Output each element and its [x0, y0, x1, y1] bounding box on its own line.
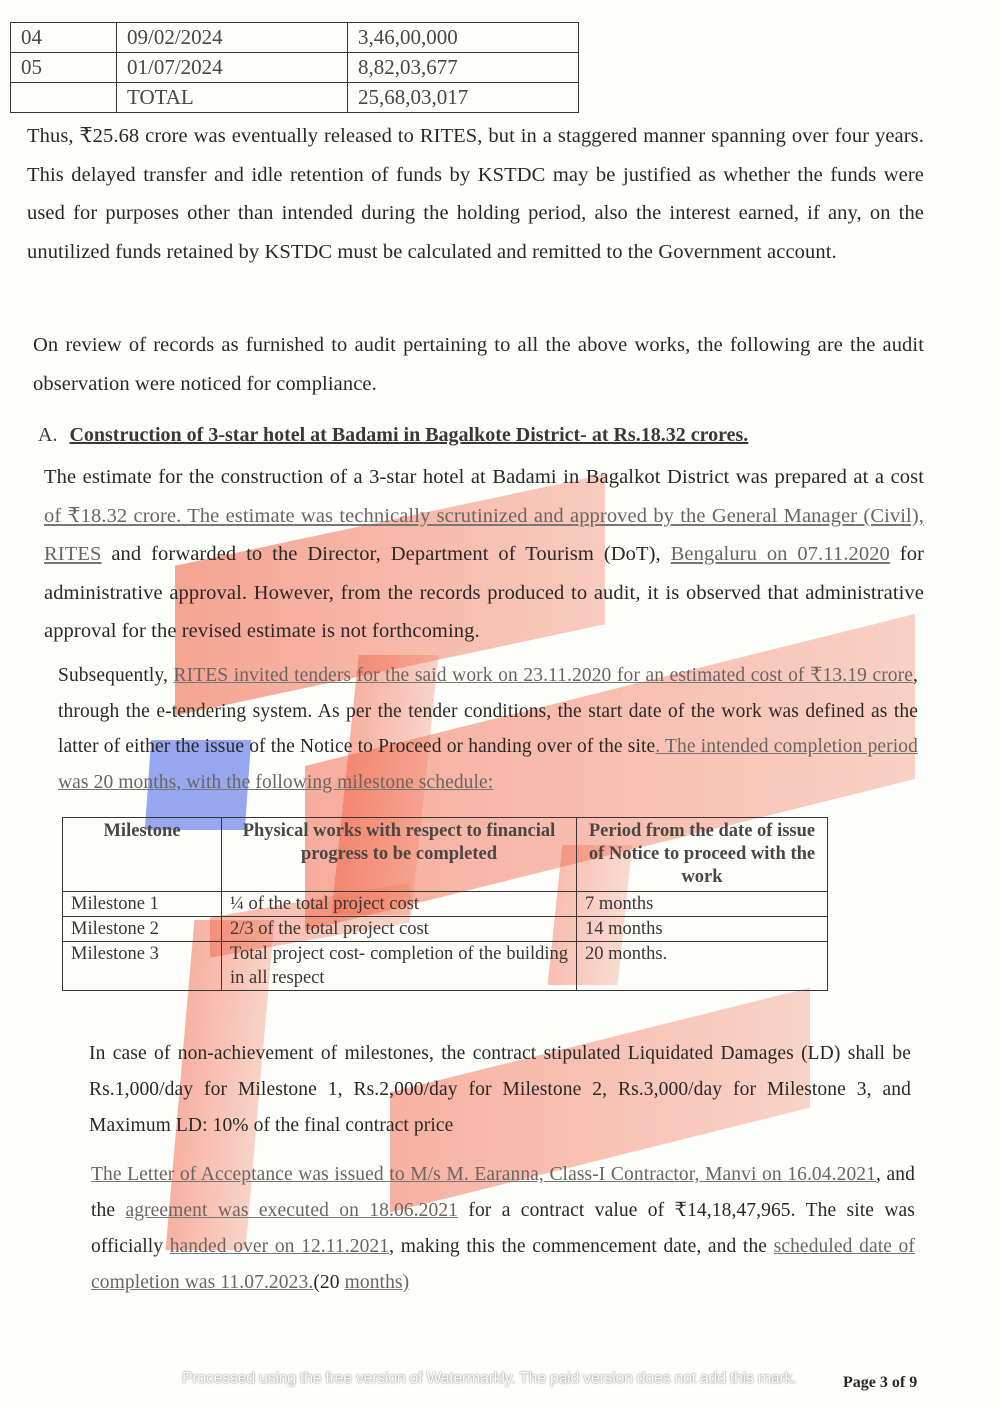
column-header: Physical works with respect to financial…: [222, 818, 577, 892]
paragraph-estimate: The estimate for the construction of a 3…: [44, 458, 924, 651]
watermark-notice: Processed using the free version of Wate…: [182, 1370, 796, 1388]
fund-release-table: 04 09/02/2024 3,46,00,000 05 01/07/2024 …: [10, 22, 579, 113]
installment-number: 05: [11, 53, 117, 83]
table-total-row: TOTAL 25,68,03,017: [11, 83, 579, 113]
installment-number: 04: [11, 23, 117, 53]
section-title: Construction of 3-star hotel at Badami i…: [69, 424, 748, 446]
text-run: The estimate for the construction of a 3…: [44, 466, 924, 488]
table-header-row: Milestone Physical works with respect to…: [63, 818, 828, 892]
milestone-table: Milestone Physical works with respect to…: [62, 817, 828, 991]
milestone-work: ¼ of the total project cost: [222, 892, 577, 917]
milestone-work: Total project cost- completion of the bu…: [222, 942, 577, 991]
paragraph-letter-of-acceptance: The Letter of Acceptance was issued to M…: [91, 1157, 915, 1301]
release-amount: 3,46,00,000: [348, 23, 579, 53]
table-row: Milestone 1 ¼ of the total project cost …: [63, 892, 828, 917]
table-row: Milestone 2 2/3 of the total project cos…: [63, 917, 828, 942]
milestone-work: 2/3 of the total project cost: [222, 917, 577, 942]
document-page: 04 09/02/2024 3,46,00,000 05 01/07/2024 …: [0, 0, 1000, 1405]
milestone-name: Milestone 2: [63, 917, 222, 942]
milestone-name: Milestone 1: [63, 892, 222, 917]
text-run: and forwarded to the Director, Departmen…: [101, 543, 670, 565]
milestone-period: 20 months.: [577, 942, 828, 991]
release-amount: 8,82,03,677: [348, 53, 579, 83]
underlined-text: months): [345, 1272, 410, 1293]
text-run: , making this the commencement date, and…: [389, 1236, 774, 1257]
underlined-text: The Letter of Acceptance was issued to M…: [91, 1164, 876, 1185]
text-run: Subsequently,: [58, 665, 174, 686]
underlined-text: Bengaluru on 07.11.2020: [671, 543, 890, 565]
column-header: Period from the date of issue of Notice …: [577, 818, 828, 892]
table-row: 04 09/02/2024 3,46,00,000: [11, 23, 579, 53]
milestone-name: Milestone 3: [63, 942, 222, 991]
underlined-text: RITES invited tenders for the said work …: [174, 665, 914, 686]
release-date: 09/02/2024: [117, 23, 348, 53]
paragraph-audit-review: On review of records as furnished to aud…: [33, 326, 924, 403]
underlined-text: agreement was executed on 18.06.2021: [125, 1200, 458, 1221]
paragraph-fund-release: Thus, ₹25.68 crore was eventually releas…: [27, 117, 924, 271]
table-row: Milestone 3 Total project cost- completi…: [63, 942, 828, 991]
section-label: A.: [38, 424, 57, 446]
section-heading-a: A.Construction of 3-star hotel at Badami…: [38, 424, 748, 447]
text-run: (20: [313, 1272, 344, 1293]
installment-number: [11, 83, 117, 113]
total-amount: 25,68,03,017: [348, 83, 579, 113]
total-label: TOTAL: [117, 83, 348, 113]
table-row: 05 01/07/2024 8,82,03,677: [11, 53, 579, 83]
underlined-text: handed over on 12.11.2021: [170, 1236, 389, 1257]
paragraph-liquidated-damages: In case of non-achievement of milestones…: [89, 1036, 911, 1144]
paragraph-tender: Subsequently, RITES invited tenders for …: [58, 658, 918, 800]
milestone-period: 14 months: [577, 917, 828, 942]
milestone-period: 7 months: [577, 892, 828, 917]
page-number: Page 3 of 9: [843, 1374, 917, 1392]
release-date: 01/07/2024: [117, 53, 348, 83]
column-header: Milestone: [63, 818, 222, 892]
